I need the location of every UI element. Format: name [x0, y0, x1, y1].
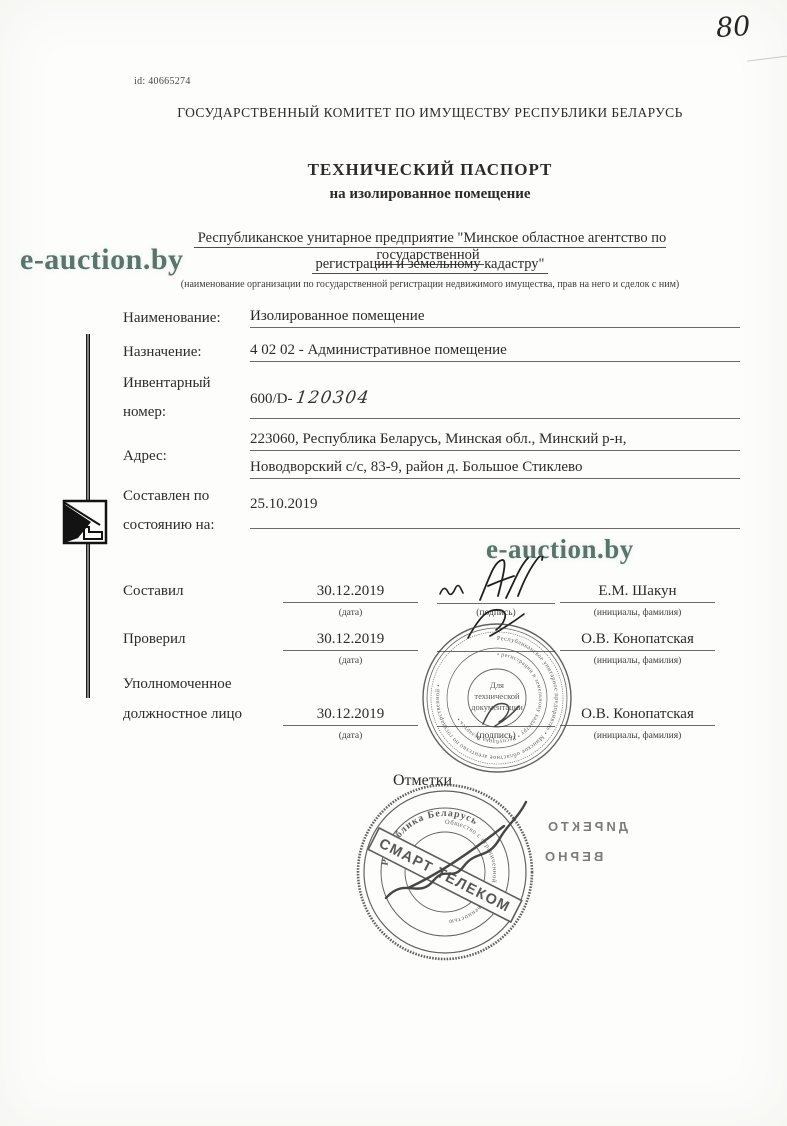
field-purpose-value: 4 02 02 - Административное помещение [250, 342, 740, 362]
page-fold-line [747, 55, 787, 61]
inventory-printed-prefix: 600/D- [250, 391, 293, 407]
sig-row3-name: О.В. Конопатская [560, 706, 715, 726]
field-compiled-value: 25.10.2019 [250, 496, 740, 529]
scanned-document-page: id: 40665274 80 ГОСУДАРСТВЕННЫЙ КОМИТЕТ … [0, 0, 787, 1126]
organization-caption: (наименование организации по государстве… [140, 279, 720, 290]
mirrored-note-line2: ВЕРНО [542, 850, 628, 863]
document-subtitle: на изолированное помещение [140, 186, 720, 203]
sig-row1-date: 30.12.2019 [283, 583, 418, 603]
signature-scribble-row1 [432, 556, 562, 606]
committee-heading: ГОСУДАРСТВЕННЫЙ КОМИТЕТ ПО ИМУЩЕСТВУ РЕС… [140, 105, 720, 121]
sig-row1-caption-name: (инициалы, фамилия) [560, 608, 715, 618]
mirrored-note-line1: ДИРЕКТО [528, 820, 628, 833]
binder-corner-mark [58, 494, 114, 550]
field-address-line1: 223060, Республика Беларусь, Минская обл… [250, 431, 740, 451]
sig-row3-role-line2: должностное лицо [123, 706, 242, 723]
sig-row3-date: 30.12.2019 [283, 706, 418, 726]
smart-telecom-stamp: Республика Беларусь Общество с ограничен… [348, 780, 548, 965]
sig-row3-caption-name: (инициалы, фамилия) [560, 731, 715, 741]
field-inventory-label-line2: номер: [123, 404, 166, 421]
sig-row3-role-line1: Уполномоченное [123, 676, 232, 693]
sig-row1-name: Е.М. Шакун [560, 583, 715, 603]
sig-row1-role: Составил [123, 583, 184, 600]
agency-round-stamp: Республиканское унитарное предприятие • … [417, 618, 577, 778]
watermark-e-auction-1: e-auction.by [20, 243, 184, 277]
document-title: ТЕХНИЧЕСКИЙ ПАСПОРТ [140, 160, 720, 180]
field-address-label: Адрес: [123, 448, 167, 465]
field-inventory-label-line1: Инвентарный [123, 375, 211, 392]
mirrored-bleedthrough-note: ДИРЕКТО ВЕРНО [528, 820, 628, 863]
sig-row2-date: 30.12.2019 [283, 631, 418, 651]
sig-row1-caption-date: (дата) [283, 608, 418, 618]
agency-stamp-center-line2: технической [474, 691, 520, 701]
handwritten-page-number: 80 [715, 11, 751, 44]
sig-row2-caption-name: (инициалы, фамилия) [560, 656, 715, 666]
field-inventory-value: 600/D- 120304 [250, 388, 740, 419]
sig-row3-caption-date: (дата) [283, 731, 418, 741]
field-compiled-label-line2: состоянию на: [123, 517, 215, 534]
sig-row2-role: Проверил [123, 631, 186, 648]
sig-row2-caption-date: (дата) [283, 656, 418, 666]
field-name-label: Наименование: [123, 310, 221, 327]
inventory-handwritten-number: 120304 [295, 388, 372, 408]
field-purpose-label: Назначение: [123, 344, 202, 361]
field-address-line2: Новодворский с/с, 83-9, район д. Большое… [250, 459, 740, 479]
organization-line2: регистрации и земельному кадастру" [140, 256, 720, 273]
field-name-value: Изолированное помещение [250, 308, 740, 328]
scan-id-label: id: 40665274 [134, 76, 191, 87]
field-compiled-label-line1: Составлен по [123, 488, 209, 505]
agency-stamp-center-line1: Для [490, 680, 504, 690]
sig-row2-name: О.В. Конопатская [560, 631, 715, 651]
